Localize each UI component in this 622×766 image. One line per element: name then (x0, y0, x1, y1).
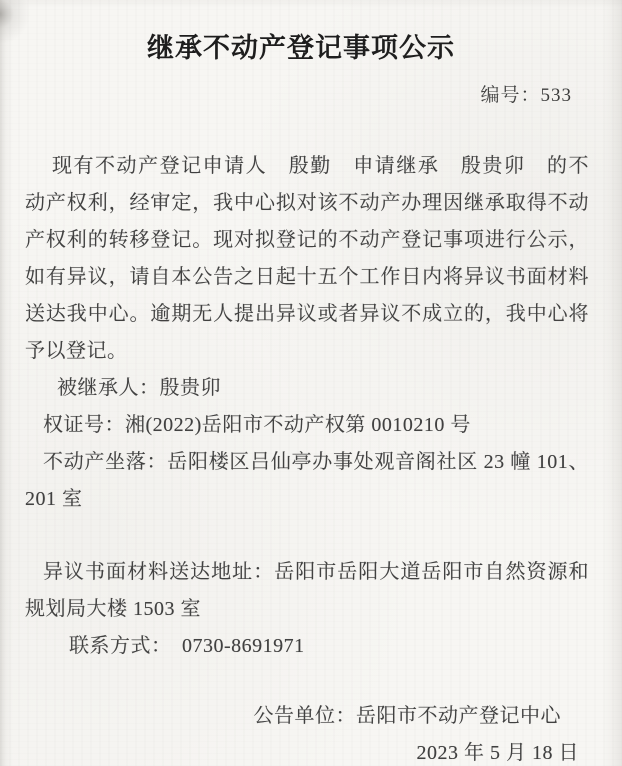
paragraph-line: 予以登记。 (25, 333, 589, 370)
date-line: 2023 年 5 月 18 日 (25, 735, 589, 766)
paragraph-line: 送达我中心。逾期无人提出异议或者异议不成立的，我中心将 (25, 296, 589, 333)
issuer-line: 公告单位：岳阳市不动产登记中心 (25, 698, 589, 735)
paragraph-line: 产权利的转移登记。现对拟登记的不动产登记事项进行公示， (25, 222, 589, 259)
serial-number: 编号：533 (0, 80, 622, 107)
paragraph-line: 动产权利，经审定，我中心拟对该不动产办理因继承取得不动 (25, 185, 589, 222)
paragraph-line: 如有异议，请自本公告之日起十五个工作日内将异议书面材料 (25, 259, 589, 296)
property-location-line: 不动产坐落：岳阳楼区吕仙亭办事处观音阁社区 23 幢 101、 (25, 444, 589, 481)
paragraph-line: 现有不动产登记申请人 殷勤 申请继承 殷贵卯 的不 (25, 148, 589, 185)
objection-address-line: 规划局大楼 1503 室 (25, 591, 589, 628)
notice-document: 继承不动产登记事项公示 编号：533 现有不动产登记申请人 殷勤 申请继承 殷贵… (0, 0, 622, 766)
certificate-number-line: 权证号：湘(2022)岳阳市不动产权第 0010210 号 (25, 407, 589, 444)
heir-line: 被继承人：殷贵卯 (25, 370, 589, 407)
property-location-line: 201 室 (25, 481, 589, 518)
contact-line: 联系方式： 0730-8691971 (25, 628, 589, 665)
objection-address-line: 异议书面材料送达地址：岳阳市岳阳大道岳阳市自然资源和 (25, 554, 589, 591)
notice-body: 现有不动产登记申请人 殷勤 申请继承 殷贵卯 的不 动产权利，经审定，我中心拟对… (0, 148, 622, 766)
notice-title: 继承不动产登记事项公示 (0, 0, 622, 65)
